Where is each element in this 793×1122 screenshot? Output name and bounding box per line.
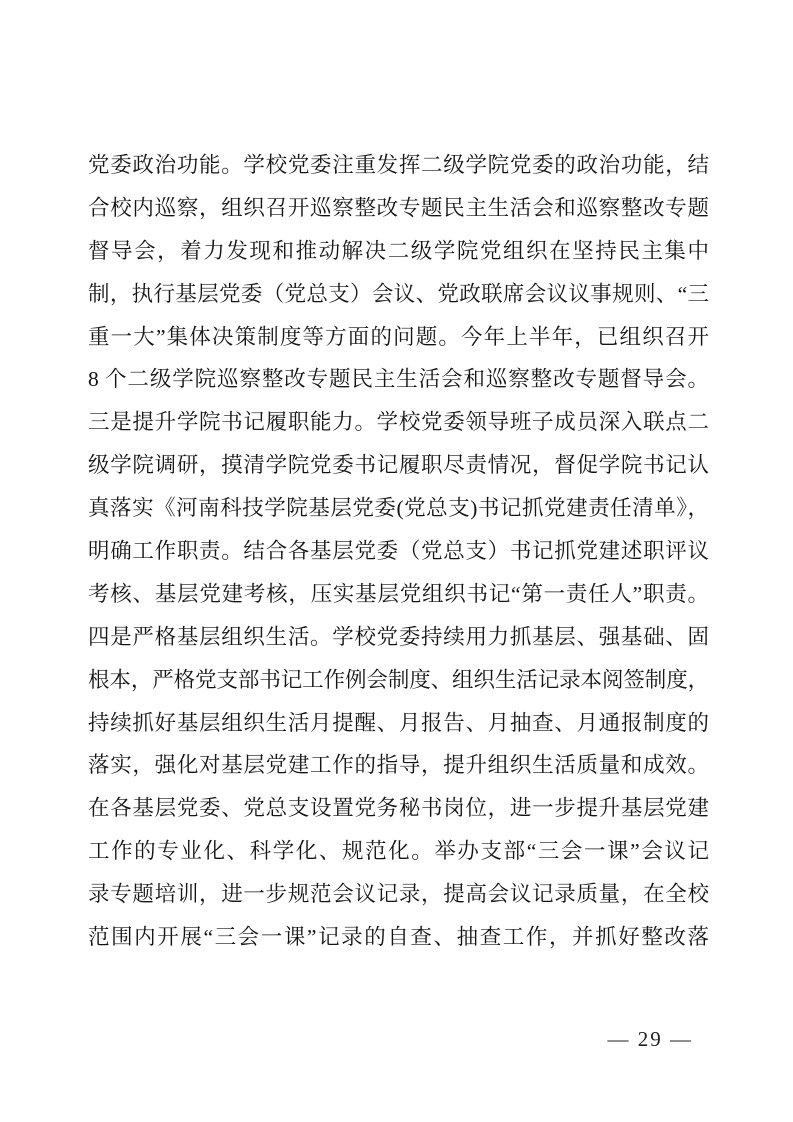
page-number: — 29 — bbox=[608, 1027, 694, 1052]
text-line: 三是提升学院书记履职能力。学校党委领导班子成员深入联点二 bbox=[88, 401, 709, 444]
text-line: 范围内开展“三会一课”记录的自查、抽查工作，并抓好整改落 bbox=[88, 916, 709, 959]
text-line: 工作的专业化、科学化、规范化。举办支部“三会一课”会议记 bbox=[88, 830, 709, 873]
document-page: 党委政治功能。学校党委注重发挥二级学院党委的政治功能，结 合校内巡察，组织召开巡… bbox=[0, 0, 793, 1122]
text-line: 根本，严格党支部书记工作例会制度、组织生活记录本阅签制度， bbox=[88, 659, 709, 702]
text-line: 在各基层党委、党总支设置党务秘书岗位，进一步提升基层党建 bbox=[88, 787, 709, 830]
text-line: 党委政治功能。学校党委注重发挥二级学院党委的政治功能，结 bbox=[88, 144, 709, 187]
text-line: 考核、基层党建考核，压实基层党组织书记“第一责任人”职责。 bbox=[88, 573, 709, 616]
text-line: 录专题培训，进一步规范会议记录，提高会议记录质量，在全校 bbox=[88, 873, 709, 916]
text-line: 制，执行基层党委（党总支）会议、党政联席会议议事规则、“三 bbox=[88, 273, 709, 316]
text-line: 8 个二级学院巡察整改专题民主生活会和巡察整改专题督导会。 bbox=[88, 358, 709, 401]
text-line: 级学院调研，摸清学院党委书记履职尽责情况，督促学院书记认 bbox=[88, 444, 709, 487]
text-line: 持续抓好基层组织生活月提醒、月报告、月抽查、月通报制度的 bbox=[88, 702, 709, 745]
document-text-block: 党委政治功能。学校党委注重发挥二级学院党委的政治功能，结 合校内巡察，组织召开巡… bbox=[88, 144, 709, 959]
text-line: 督导会，着力发现和推动解决二级学院党组织在坚持民主集中 bbox=[88, 230, 709, 273]
text-line: 真落实《河南科技学院基层党委(党总支)书记抓党建责任清单》， bbox=[88, 487, 709, 530]
text-line: 四是严格基层组织生活。学校党委持续用力抓基层、强基础、固 bbox=[88, 616, 709, 659]
text-line: 重一大”集体决策制度等方面的问题。今年上半年，已组织召开 bbox=[88, 316, 709, 359]
text-line: 明确工作职责。结合各基层党委（党总支）书记抓党建述职评议 bbox=[88, 530, 709, 573]
text-line: 合校内巡察，组织召开巡察整改专题民主生活会和巡察整改专题 bbox=[88, 187, 709, 230]
text-line: 落实，强化对基层党建工作的指导，提升组织生活质量和成效。 bbox=[88, 744, 709, 787]
